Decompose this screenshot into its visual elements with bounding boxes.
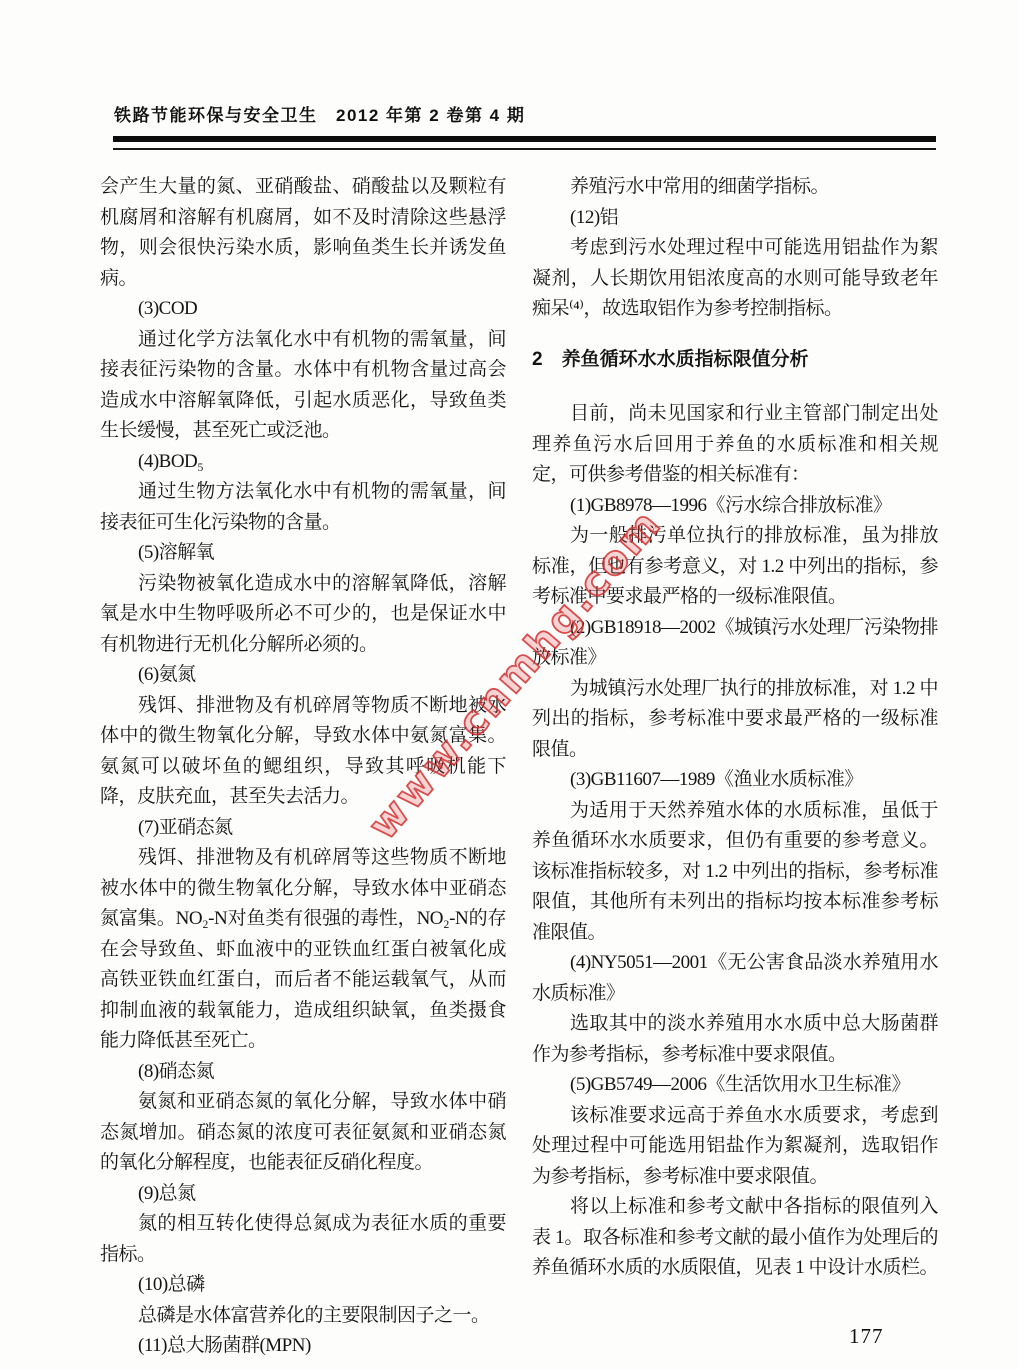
paragraph: 通过化学方法氧化水中有机物的需氧量，间接表征污染物的含量。水体中有机物含量过高会… — [100, 325, 506, 447]
paragraph: (3)GB11607—1989《渔业水质标准》 — [532, 765, 938, 796]
paragraph: (7)亚硝态氮 — [100, 813, 506, 844]
paragraph: 该标准要求远高于养鱼水水质要求，考虑到处理过程中可能选用铝盐作为絮凝剂，选取铝作… — [532, 1101, 938, 1193]
paragraph: (3)COD — [100, 294, 506, 325]
paragraph: 目前，尚未见国家和行业主管部门制定出处理养鱼污水后回用于养鱼的水质标准和相关规定… — [532, 399, 938, 491]
paragraph: (2)GB18918—2002《城镇污水处理厂污染物排放标准》 — [532, 613, 938, 674]
scanned-journal-page: 铁路节能环保与安全卫生 2012 年第 2 卷第 4 期 会产生大量的氮、亚硝酸… — [0, 0, 1019, 1370]
paragraph: (10)总磷 — [100, 1270, 506, 1301]
right-column: 养殖污水中常用的细菌学指标。(12)铝考虑到污水处理过程中可能选用铝盐作为絮凝剂… — [532, 172, 938, 1362]
paragraph: (4)BOD₅ — [100, 447, 506, 478]
paragraph: (8)硝态氮 — [100, 1057, 506, 1088]
paragraph: 为城镇污水处理厂执行的排放标准，对 1.2 中列出的指标，参考标准中要求最严格的… — [532, 674, 938, 766]
left-column: 会产生大量的氮、亚硝酸盐、硝酸盐以及颗粒有机腐屑和溶解有机腐屑，如不及时清除这些… — [100, 172, 506, 1362]
paragraph: (1)GB8978—1996《污水综合排放标准》 — [532, 491, 938, 522]
paragraph: 选取其中的淡水养殖用水水质中总大肠菌群作为参考指标，参考标准中要求限值。 — [532, 1009, 938, 1070]
paragraph: 将以上标准和参考文献中各指标的限值列入表 1。取各标准和参考文献的最小值作为处理… — [532, 1192, 938, 1284]
paragraph: 为适用于天然养殖水体的水质标准，虽低于养鱼循环水水质要求，但仍有重要的参考意义。… — [532, 796, 938, 949]
paragraph: 残饵、排泄物及有机碎屑等这些物质不断地被水体中的微生物氧化分解，导致水体中亚硝态… — [100, 843, 506, 1057]
paragraph: (4)NY5051—2001《无公害食品淡水养殖用水水质标准》 — [532, 948, 938, 1009]
paragraph: 氨氮和亚硝态氮的氧化分解，导致水体中硝态氮增加。硝态氮的浓度可表征氨氮和亚硝态氮… — [100, 1087, 506, 1179]
article-body: 会产生大量的氮、亚硝酸盐、硝酸盐以及颗粒有机腐屑和溶解有机腐屑，如不及时清除这些… — [100, 172, 938, 1362]
paragraph: 污染物被氧化造成水中的溶解氧降低，溶解氧是水中生物呼吸所必不可少的，也是保证水中… — [100, 569, 506, 661]
header-rule-thick — [113, 136, 936, 142]
paragraph: 通过生物方法氧化水中有机物的需氧量，间接表征可生化污染物的含量。 — [100, 477, 506, 538]
section-heading: 2 养鱼循环水水质指标限值分析 — [532, 345, 938, 376]
paragraph: (11)总大肠菌群(MPN) — [100, 1331, 506, 1362]
paragraph: (5)GB5749—2006《生活饮用水卫生标准》 — [532, 1070, 938, 1101]
paragraph: (12)铝 — [532, 203, 938, 234]
paragraph: 养殖污水中常用的细菌学指标。 — [532, 172, 938, 203]
journal-header: 铁路节能环保与安全卫生 2012 年第 2 卷第 4 期 — [114, 101, 525, 126]
paragraph: 残饵、排泄物及有机碎屑等物质不断地被水体中的微生物氧化分解，导致水体中氨氮富集。… — [100, 691, 506, 813]
paragraph: 会产生大量的氮、亚硝酸盐、硝酸盐以及颗粒有机腐屑和溶解有机腐屑，如不及时清除这些… — [100, 172, 506, 294]
header-rule-thin — [113, 148, 936, 150]
paragraph: (6)氨氮 — [100, 660, 506, 691]
paragraph: 氮的相互转化使得总氮成为表征水质的重要指标。 — [100, 1209, 506, 1270]
page-number: 177 — [849, 1324, 884, 1349]
paragraph: 为一般排污单位执行的排放标准，虽为排放标准，但也有参考意义，对 1.2 中列出的… — [532, 521, 938, 613]
paragraph: 总磷是水体富营养化的主要限制因子之一。 — [100, 1301, 506, 1332]
paragraph: (9)总氮 — [100, 1179, 506, 1210]
paragraph: 考虑到污水处理过程中可能选用铝盐作为絮凝剂，人长期饮用铝浓度高的水则可能导致老年… — [532, 233, 938, 325]
paragraph: (5)溶解氧 — [100, 538, 506, 569]
